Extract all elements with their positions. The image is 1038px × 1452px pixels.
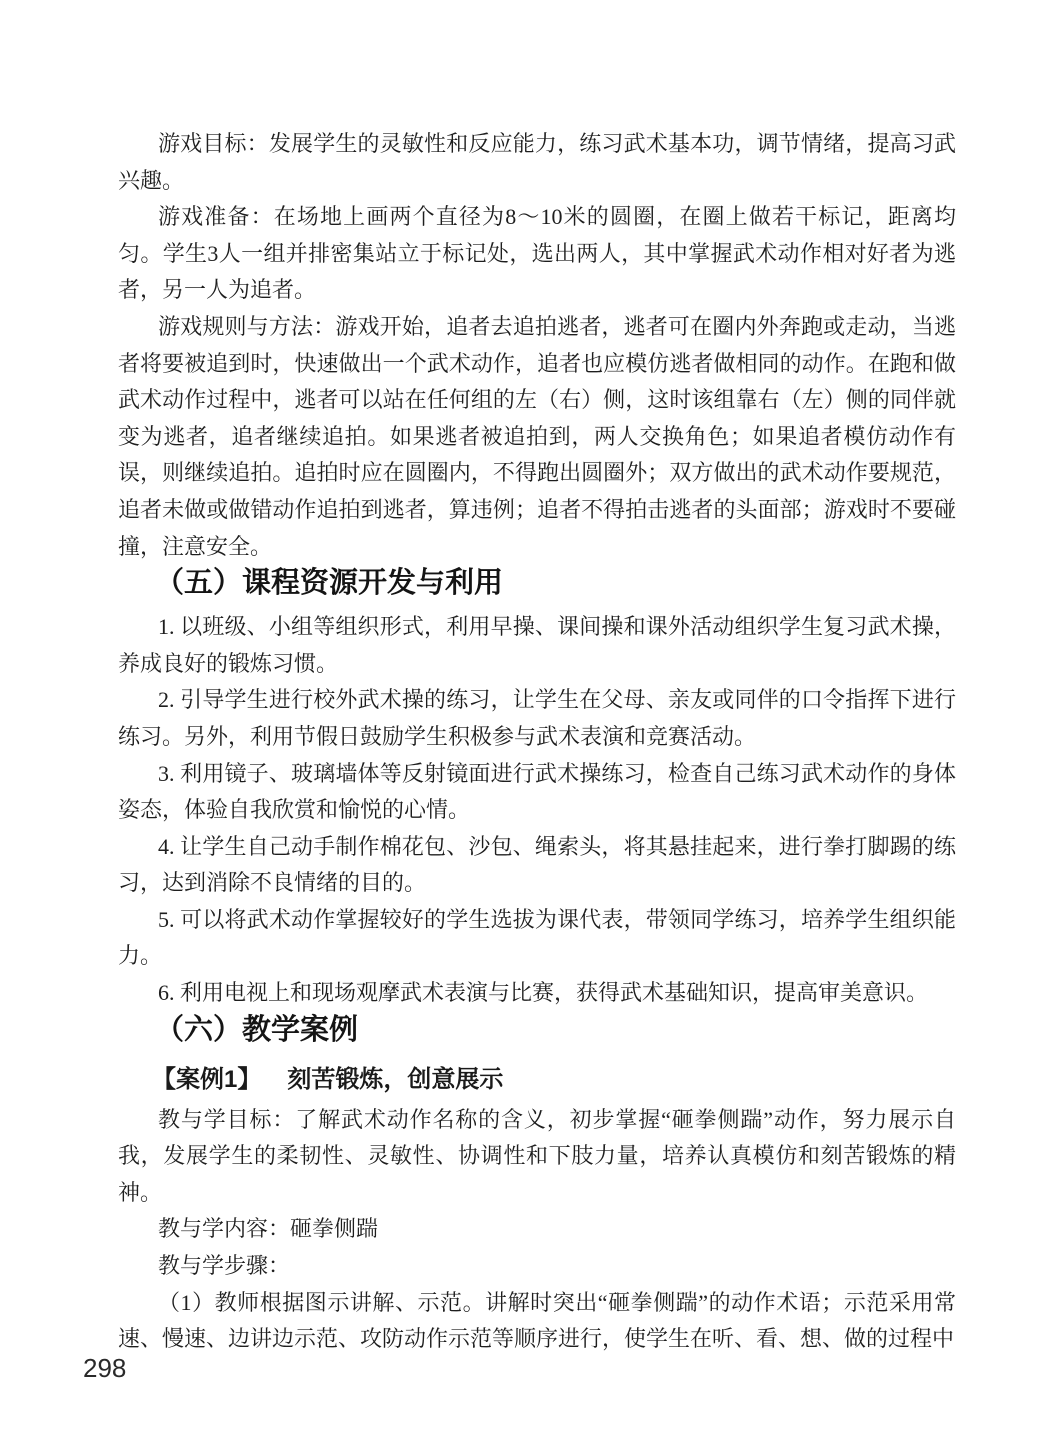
resource-item-6: 6. 利用电视上和现场观摩武术表演与比赛，获得武术基础知识，提高审美意识。 [118,975,956,1012]
paragraph-teach-goal: 教与学目标：了解武术动作名称的含义，初步掌握“砸拳侧踹”动作，努力展示自我，发展… [118,1102,956,1212]
resource-item-1: 1. 以班级、小组等组织形式，利用早操、课间操和课外活动组织学生复习武术操，养成… [118,609,956,682]
section-heading-six: （六）教学案例 [118,1008,956,1052]
page-number: 298 [83,1352,126,1384]
paragraph-teach-steps: 教与学步骤： [118,1248,956,1285]
case-label: 【案例1】 [152,1066,261,1093]
resource-item-3: 3. 利用镜子、玻璃墙体等反射镜面进行武术操练习，检查自己练习武术动作的身体姿态… [118,756,956,829]
paragraph-game-prep: 游戏准备：在场地上画两个直径为8～10米的圆圈，在圈上做若干标记，距离均匀。学生… [118,199,956,309]
paragraph-teach-content: 教与学内容：砸拳侧踹 [118,1211,956,1248]
paragraph-step-one: （1）教师根据图示讲解、示范。讲解时突出“砸拳侧踹”的动作术语；示范采用常速、慢… [118,1285,956,1358]
case-heading: 【案例1】刻苦锻炼，创意展示 [118,1060,956,1100]
resource-item-2: 2. 引导学生进行校外武术操的练习，让学生在父母、亲友或同伴的口令指挥下进行练习… [118,682,956,755]
section-heading-five: （五）课程资源开发与利用 [118,561,956,605]
resource-item-5: 5. 可以将武术动作掌握较好的学生选拔为课代表，带领同学练习，培养学生组织能力。 [118,902,956,975]
page-content: 游戏目标：发展学生的灵敏性和反应能力，练习武术基本功，调节情绪，提高习武兴趣。 … [118,126,956,1358]
case-title: 刻苦锻炼，创意展示 [287,1066,503,1093]
paragraph-game-goal: 游戏目标：发展学生的灵敏性和反应能力，练习武术基本功，调节情绪，提高习武兴趣。 [118,126,956,199]
resource-item-4: 4. 让学生自己动手制作棉花包、沙包、绳索头，将其悬挂起来，进行拳打脚踢的练习，… [118,829,956,902]
paragraph-game-rules: 游戏规则与方法：游戏开始，追者去追拍逃者，逃者可在圈内外奔跑或走动，当逃者将要被… [118,309,956,565]
